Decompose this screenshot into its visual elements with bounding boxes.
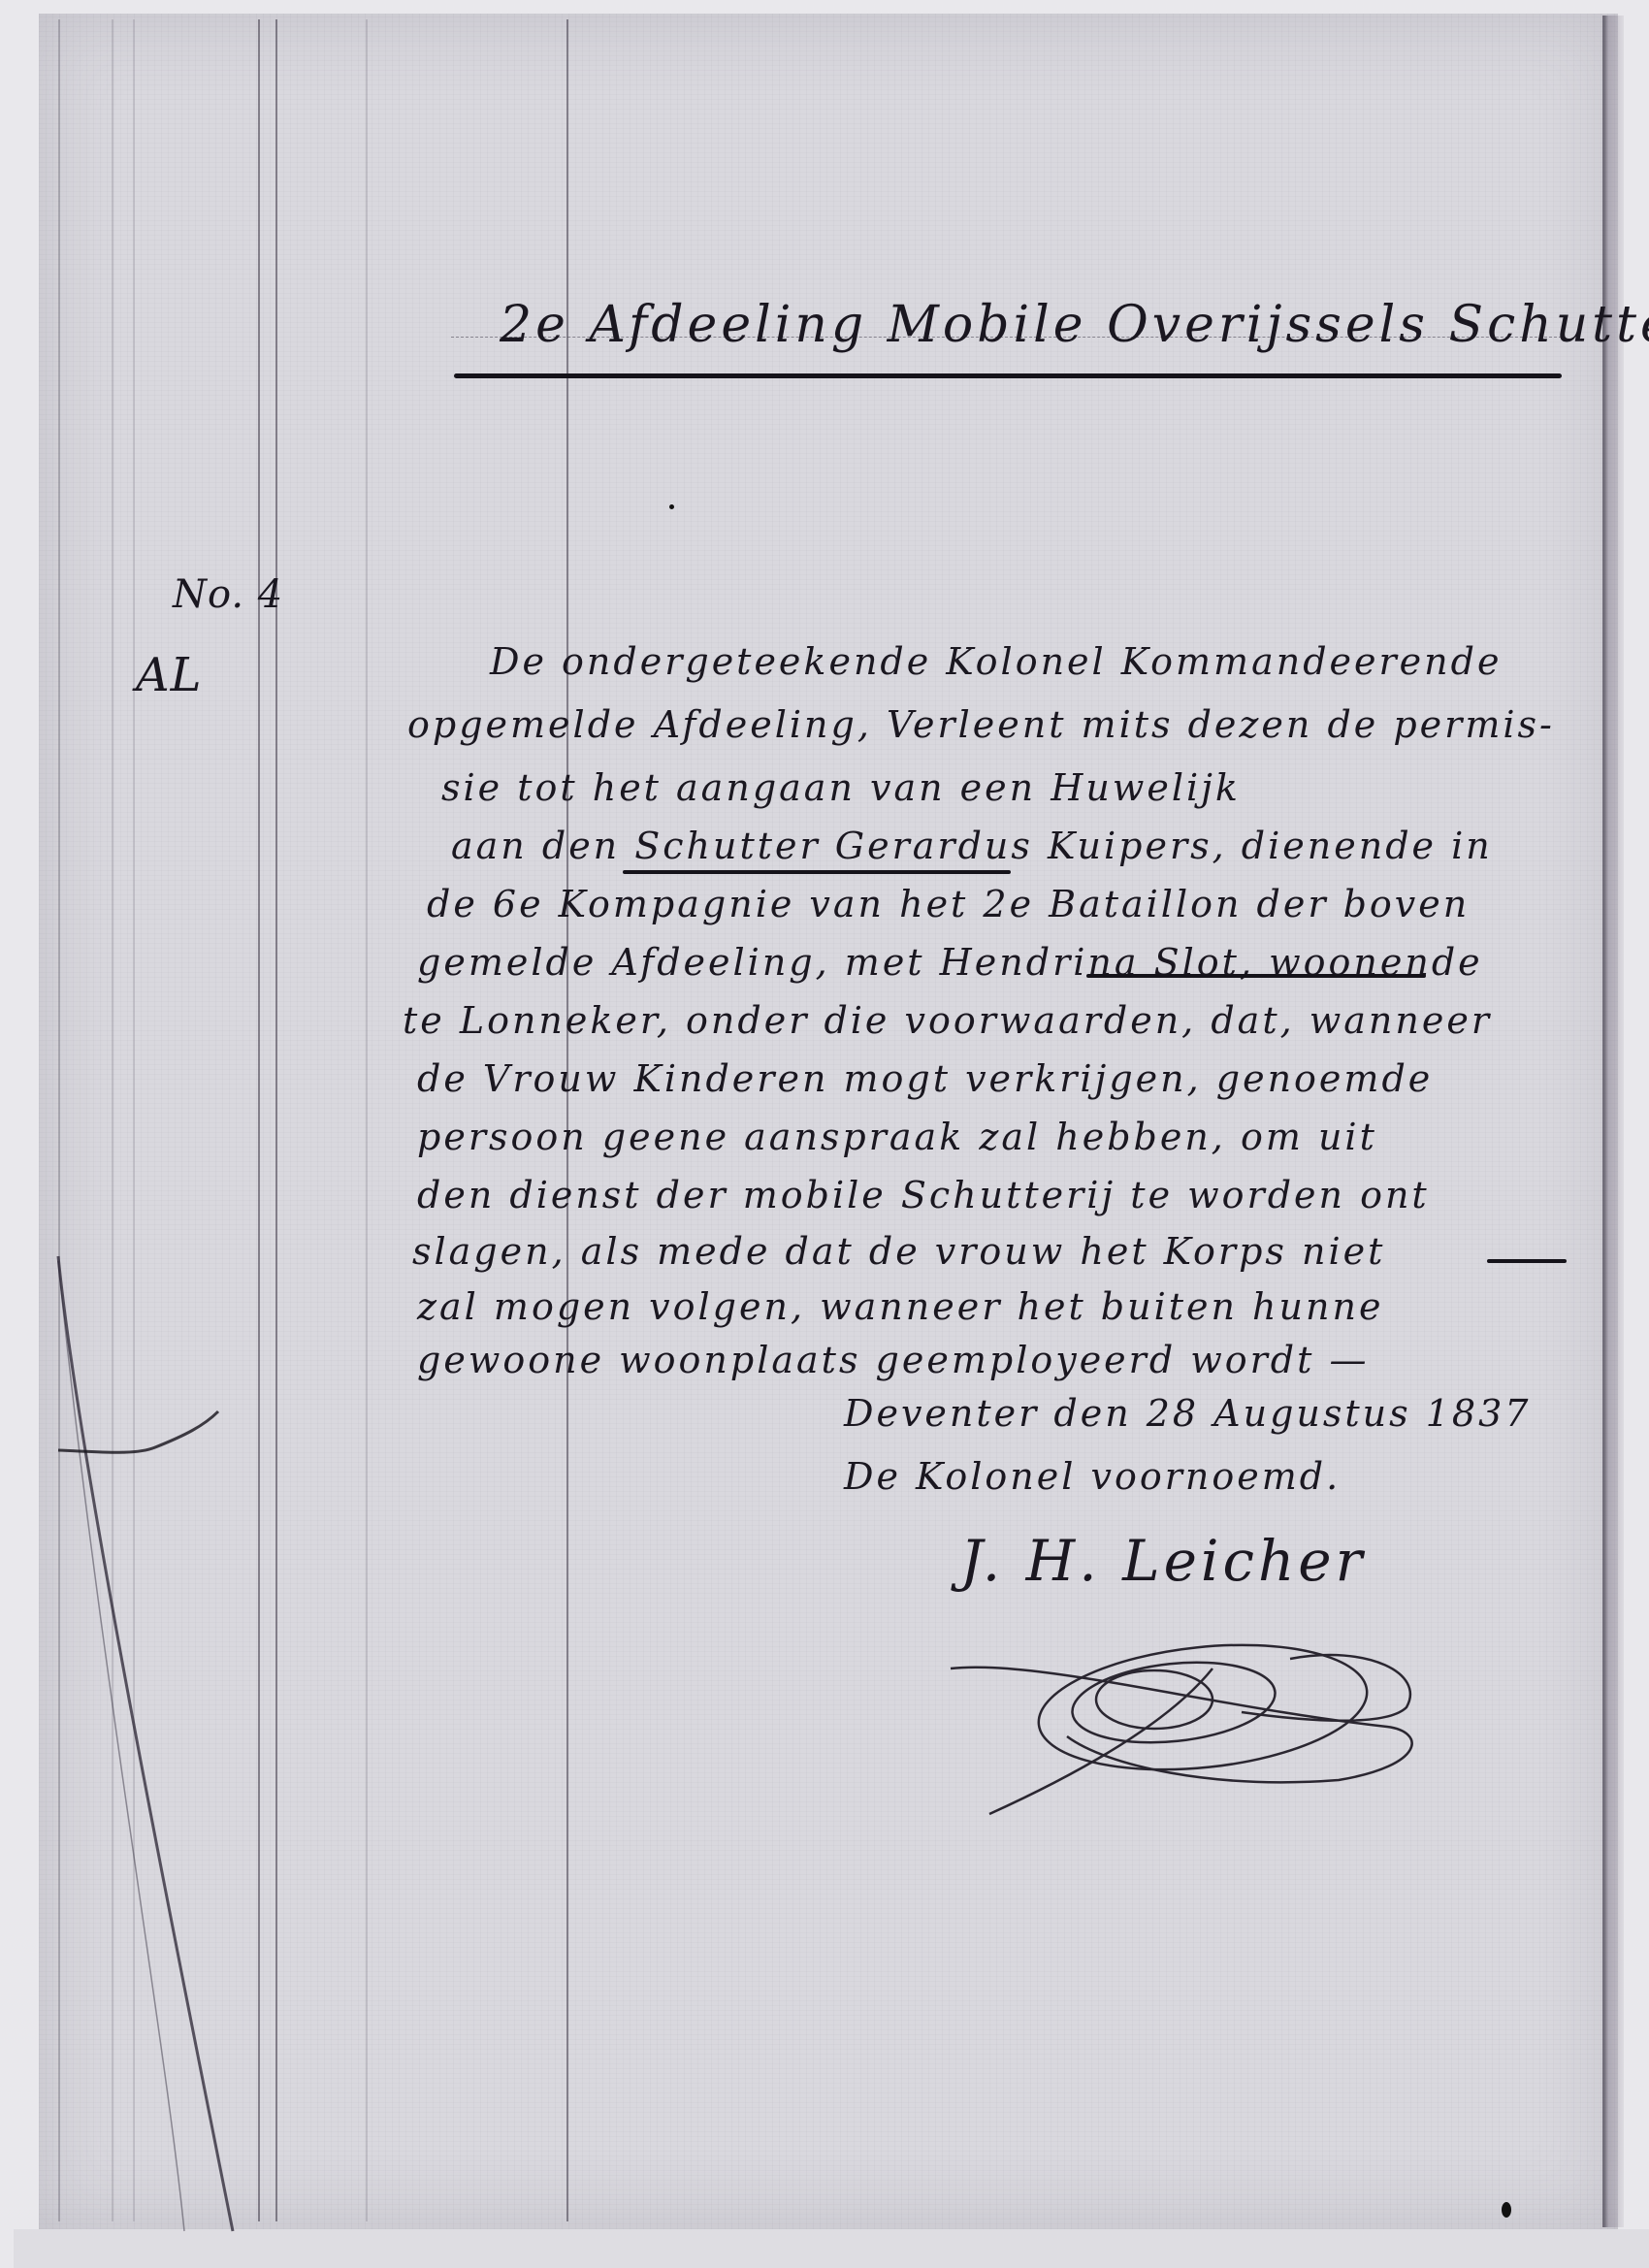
niet-underline (1487, 1259, 1567, 1263)
body-line-10: den dienst der mobile Schutterij te word… (417, 1174, 1430, 1216)
document-heading: 2e Afdeeling Mobile Overijssels Schutter… (500, 296, 1649, 354)
margin-note-number: No. 4 (173, 572, 283, 617)
body-line-1: De ondergeteekende Kolonel Kommandeerend… (490, 640, 1502, 683)
column-rule (366, 19, 368, 2221)
bride-name-underline (1086, 974, 1426, 978)
column-rule (133, 19, 135, 2221)
column-rule (275, 19, 277, 2221)
body-line-7: te Lonneker, onder die voorwaarden, dat,… (403, 999, 1492, 1042)
body-line-5: de 6e Kompagnie van het 2e Bataillon der… (427, 883, 1470, 925)
paper-bottom-edge (14, 2229, 1649, 2268)
body-line-3: sie tot het aangaan van een Huwelijk (441, 766, 1241, 809)
heading-underline (454, 373, 1562, 378)
signature: J. H. Leicher (960, 1528, 1366, 1594)
signatory-title: De Kolonel voornoemd. (844, 1455, 1341, 1498)
column-rule (258, 19, 260, 2221)
body-line-4: aan den Schutter Gerardus Kuipers, diene… (451, 825, 1493, 867)
signature-flourish-icon (921, 1620, 1445, 1833)
body-line-12: zal mogen volgen, wanneer het buiten hun… (417, 1285, 1383, 1328)
ink-speck (669, 504, 674, 509)
groom-name-underline (623, 870, 1011, 874)
body-line-11: slagen, als mede dat de vrouw het Korps … (412, 1230, 1385, 1273)
place-and-date: Deventer den 28 Augustus 1837 (844, 1392, 1531, 1435)
column-rule (112, 19, 113, 2221)
margin-note-initials: AL (136, 648, 203, 702)
body-line-13: gewoone woonplaats geemployeerd wordt — (417, 1339, 1369, 1381)
ink-speck (1502, 2202, 1511, 2218)
body-line-9: persoon geene aanspraak zal hebben, om u… (417, 1116, 1377, 1158)
body-line-2: opgemelde Afdeeling, Verleent mits dezen… (407, 703, 1555, 746)
body-line-8: de Vrouw Kinderen mogt verkrijgen, genoe… (417, 1057, 1433, 1100)
column-rule (58, 19, 60, 2221)
